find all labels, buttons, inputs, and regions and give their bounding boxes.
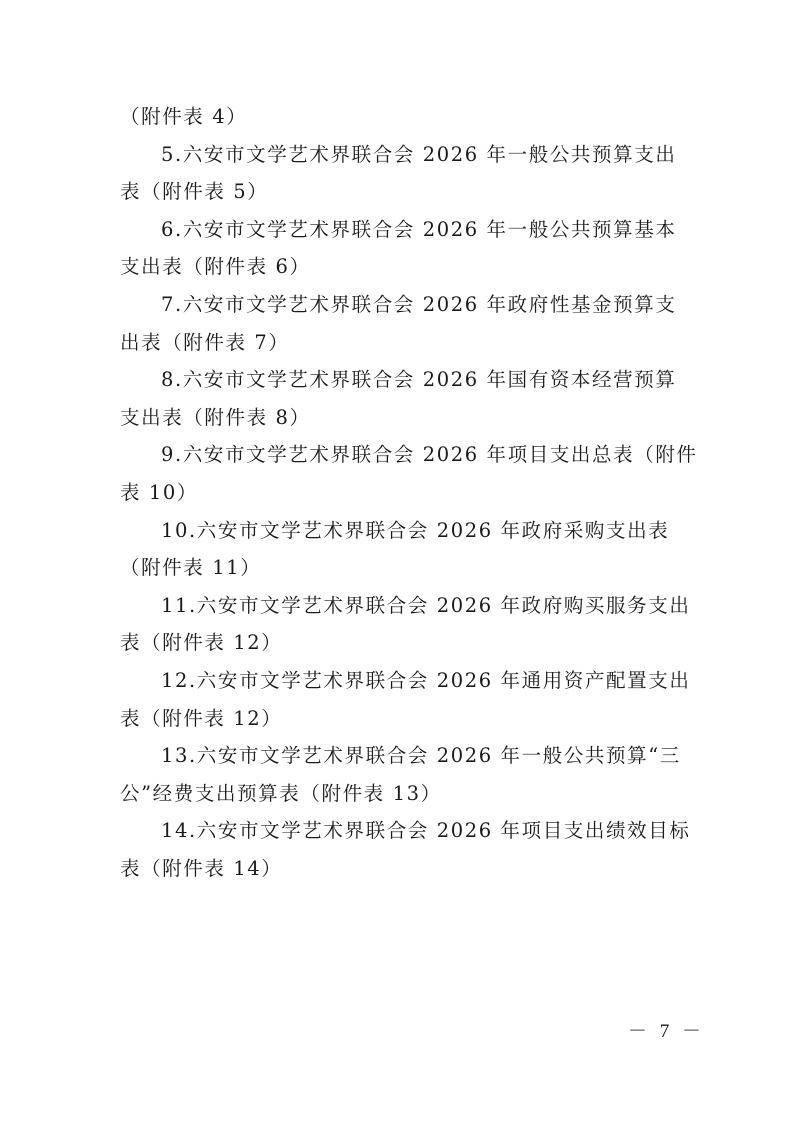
list-item-14: 14.六安市文学艺术界联合会 2026 年项目支出绩效目标	[120, 812, 676, 850]
page-number: － 7 －	[628, 1016, 705, 1043]
document-body: （附件表 4） 5.六安市文学艺术界联合会 2026 年一般公共预算支出 表（附…	[120, 98, 676, 887]
text-line: 表（附件表 12）	[120, 700, 676, 738]
text-line: 表（附件表 14）	[120, 850, 676, 888]
list-item-13: 13.六安市文学艺术界联合会 2026 年一般公共预算“三	[120, 737, 676, 775]
text-line: 出表（附件表 7）	[120, 324, 676, 362]
text-line: 支出表（附件表 6）	[120, 248, 676, 286]
text-line: 公”经费支出预算表（附件表 13）	[120, 775, 676, 813]
list-item-7: 7.六安市文学艺术界联合会 2026 年政府性基金预算支	[120, 286, 676, 324]
list-item-5: 5.六安市文学艺术界联合会 2026 年一般公共预算支出	[120, 136, 676, 174]
text-line: （附件表 11）	[120, 549, 676, 587]
list-item-6: 6.六安市文学艺术界联合会 2026 年一般公共预算基本	[120, 211, 676, 249]
list-item-9: 9.六安市文学艺术界联合会 2026 年项目支出总表（附件	[120, 436, 676, 474]
text-line: 支出表（附件表 8）	[120, 399, 676, 437]
text-line: 表（附件表 12）	[120, 624, 676, 662]
text-line: 表 10）	[120, 474, 676, 512]
list-item-10: 10.六安市文学艺术界联合会 2026 年政府采购支出表	[120, 512, 676, 550]
list-item-11: 11.六安市文学艺术界联合会 2026 年政府购买服务支出	[120, 587, 676, 625]
list-item-12: 12.六安市文学艺术界联合会 2026 年通用资产配置支出	[120, 662, 676, 700]
list-item-8: 8.六安市文学艺术界联合会 2026 年国有资本经营预算	[120, 361, 676, 399]
text-line: 表（附件表 5）	[120, 173, 676, 211]
text-line: （附件表 4）	[120, 98, 676, 136]
